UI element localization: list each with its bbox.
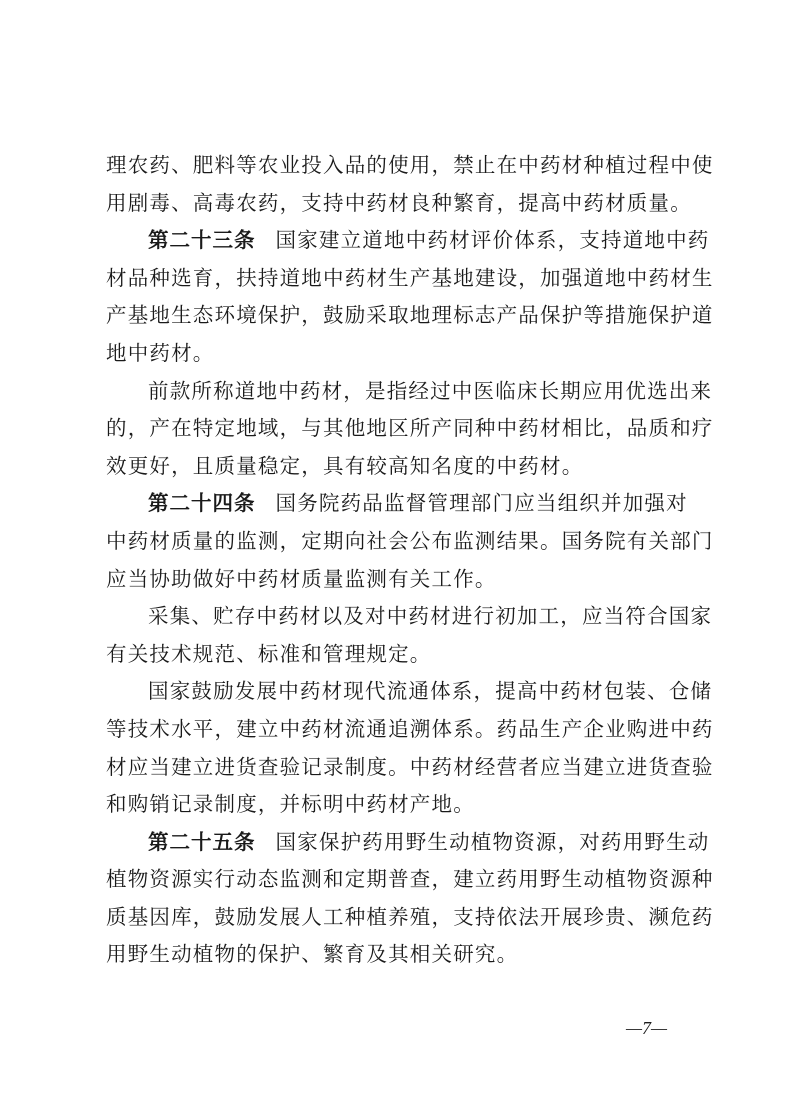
text-line: 理农药、肥料等农业投入品的使用，禁止在中药材种植过程中使 <box>106 147 698 185</box>
body-text: 理农药、肥料等农业投入品的使用，禁止在中药材种植过程中使 用剧毒、高毒农药，支持… <box>106 147 698 974</box>
line-text: 材应当建立进货查验记录制度。中药材经营者应当建立进货查验 <box>106 755 714 779</box>
text-line: 的，产在特定地域，与其他地区所产同种中药材相比，品质和疗 <box>106 410 698 448</box>
text-line: 效更好，且质量稳定，具有较高知名度的中药材。 <box>106 448 698 486</box>
line-text: 的，产在特定地域，与其他地区所产同种中药材相比，品质和疗 <box>106 416 714 440</box>
article-heading-line: 第二十四条国务院药品监督管理部门应当组织并加强对 <box>106 485 698 523</box>
line-text: 等技术水平，建立中药材流通追溯体系。药品生产企业购进中药 <box>106 717 714 741</box>
text-line: 和购销记录制度，并标明中药材产地。 <box>106 786 698 824</box>
line-text: 产基地生态环境保护，鼓励采取地理标志产品保护等措施保护道 <box>106 303 714 327</box>
article-number: 第二十四条 <box>148 491 256 515</box>
line-text: 用野生动植物的保护、繁育及其相关研究。 <box>106 942 518 966</box>
article-heading-line: 第二十五条国家保护药用野生动植物资源，对药用野生动 <box>106 824 698 862</box>
line-text: 材品种选育，扶持道地中药材生产基地建设，加强道地中药材生 <box>106 266 714 290</box>
article-number: 第二十五条 <box>148 830 256 854</box>
text-line: 材应当建立进货查验记录制度。中药材经营者应当建立进货查验 <box>106 749 698 787</box>
page-number: —7— <box>626 1018 667 1039</box>
line-text: 质基因库，鼓励发展人工种植养殖，支持依法开展珍贵、濒危药 <box>106 905 714 929</box>
paragraph-start-line: 前款所称道地中药材，是指经过中医临床长期应用优选出来 <box>106 373 698 411</box>
article-heading-line: 第二十三条国家建立道地中药材评价体系，支持道地中药 <box>106 222 698 260</box>
text-line: 有关技术规范、标准和管理规定。 <box>106 636 698 674</box>
line-text: 理农药、肥料等农业投入品的使用，禁止在中药材种植过程中使 <box>106 153 714 177</box>
paragraph-start-line: 采集、贮存中药材以及对中药材进行初加工，应当符合国家 <box>106 598 698 636</box>
line-text: 用剧毒、高毒农药，支持中药材良种繁育，提高中药材质量。 <box>106 191 692 215</box>
text-line: 质基因库，鼓励发展人工种植养殖，支持依法开展珍贵、濒危药 <box>106 899 698 937</box>
text-line: 材品种选育，扶持道地中药材生产基地建设，加强道地中药材生 <box>106 260 698 298</box>
line-text: 国家鼓励发展中药材现代流通体系，提高中药材包装、仓储 <box>148 679 712 703</box>
text-line: 应当协助做好中药材质量监测有关工作。 <box>106 561 698 599</box>
text-line: 产基地生态环境保护，鼓励采取地理标志产品保护等措施保护道 <box>106 297 698 335</box>
text-line: 用野生动植物的保护、繁育及其相关研究。 <box>106 936 698 974</box>
text-line: 中药材质量的监测，定期向社会公布监测结果。国务院有关部门 <box>106 523 698 561</box>
line-text: 中药材质量的监测，定期向社会公布监测结果。国务院有关部门 <box>106 529 714 553</box>
article-number: 第二十三条 <box>148 228 256 252</box>
line-text: 效更好，且质量稳定，具有较高知名度的中药材。 <box>106 454 583 478</box>
line-text: 有关技术规范、标准和管理规定。 <box>106 642 432 666</box>
line-text: 植物资源实行动态监测和定期普查，建立药用野生动植物资源种 <box>106 867 714 891</box>
line-text: 国家建立道地中药材评价体系，支持道地中药 <box>276 228 710 252</box>
text-line: 地中药材。 <box>106 335 698 373</box>
line-text: 国务院药品监督管理部门应当组织并加强对 <box>276 491 688 515</box>
line-text: 采集、贮存中药材以及对中药材进行初加工，应当符合国家 <box>148 604 712 628</box>
document-page: 理农药、肥料等农业投入品的使用，禁止在中药材种植过程中使 用剧毒、高毒农药，支持… <box>0 0 790 1118</box>
line-text: 应当协助做好中药材质量监测有关工作。 <box>106 567 497 591</box>
line-text: 国家保护药用野生动植物资源，对药用野生动 <box>276 830 710 854</box>
line-text: 地中药材。 <box>106 341 215 365</box>
text-line: 植物资源实行动态监测和定期普查，建立药用野生动植物资源种 <box>106 861 698 899</box>
text-line: 用剧毒、高毒农药，支持中药材良种繁育，提高中药材质量。 <box>106 185 698 223</box>
paragraph-start-line: 国家鼓励发展中药材现代流通体系，提高中药材包装、仓储 <box>106 673 698 711</box>
line-text: 前款所称道地中药材，是指经过中医临床长期应用优选出来 <box>148 379 712 403</box>
text-line: 等技术水平，建立中药材流通追溯体系。药品生产企业购进中药 <box>106 711 698 749</box>
line-text: 和购销记录制度，并标明中药材产地。 <box>106 792 475 816</box>
